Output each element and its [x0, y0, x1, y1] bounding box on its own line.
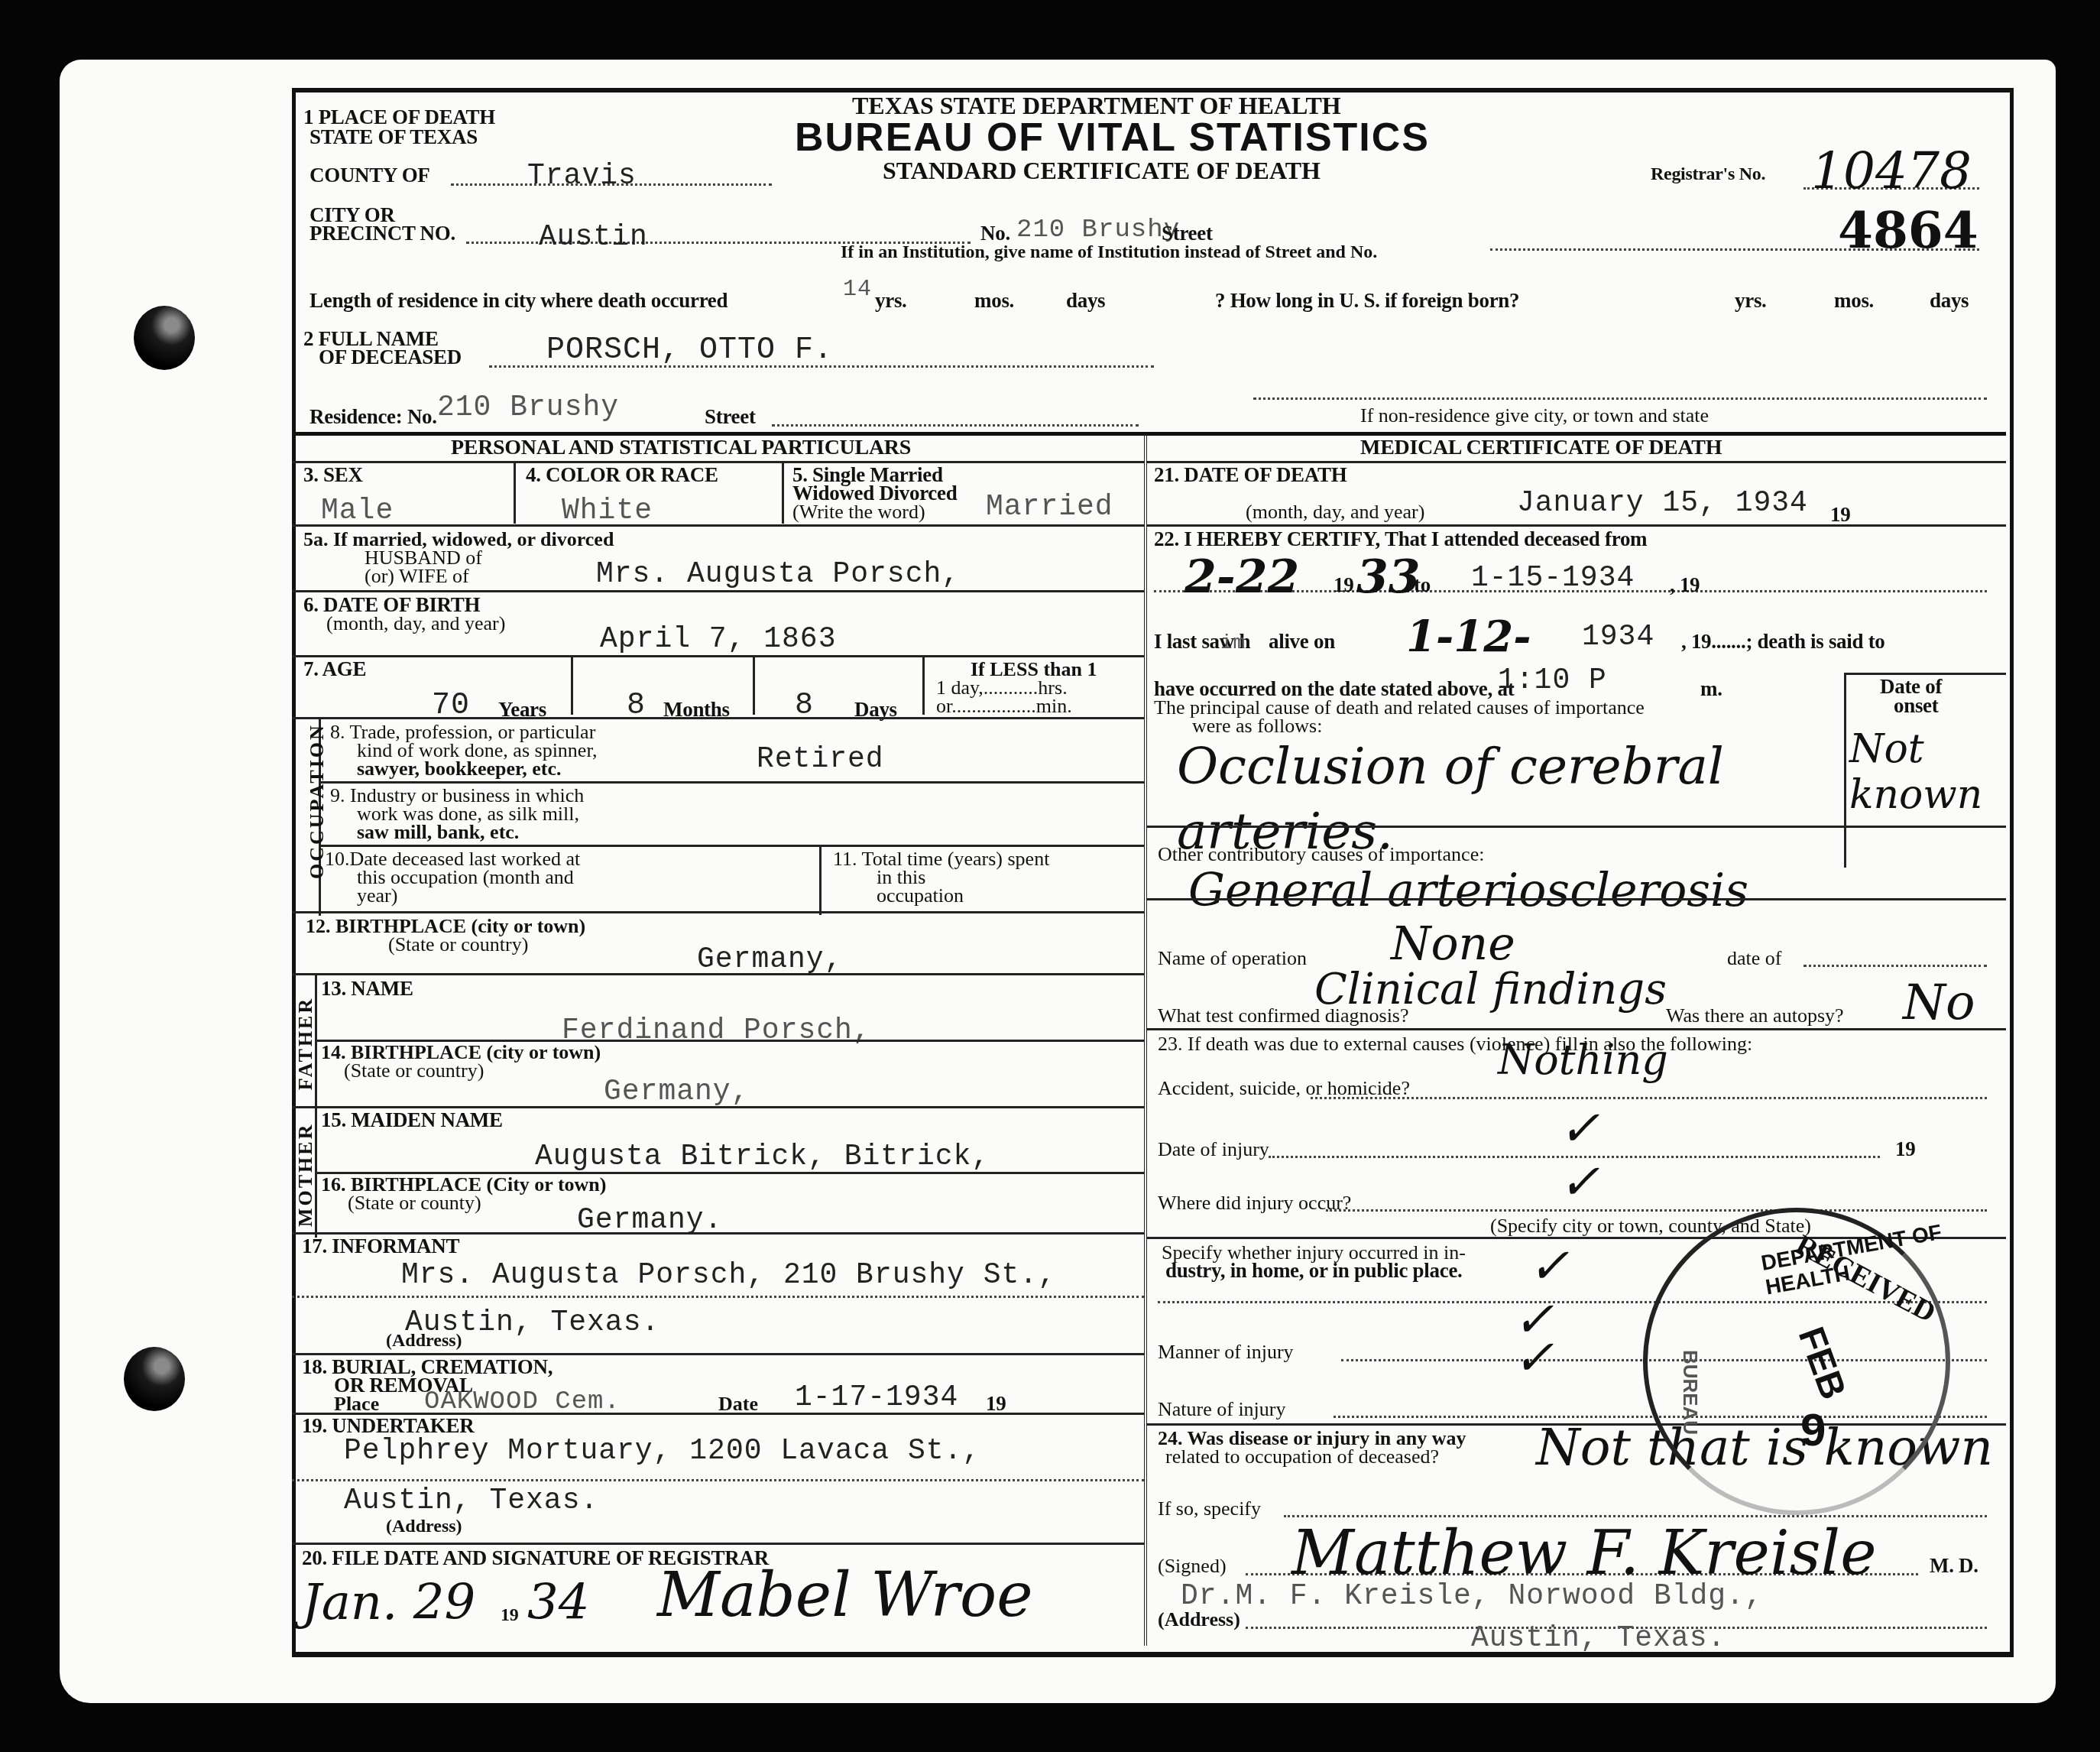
file-year-value: 34 — [527, 1575, 589, 1631]
stamp-side-text: BUREAU — [1678, 1350, 1702, 1435]
m-label: m. — [1700, 679, 1722, 699]
attended-to-value: 1-15-1934 — [1471, 564, 1635, 593]
physician-address-line1: Dr.M. F. Kreisle, Norwood Bldg., — [1181, 1582, 1763, 1611]
street-suffix-label: Street — [1162, 223, 1213, 244]
accident-label: Accident, suicide, or homicide? — [1158, 1078, 1410, 1098]
onset-divider — [1844, 673, 1846, 868]
accident-line — [1311, 1097, 1987, 1099]
from-year-prefix: 19 — [1334, 575, 1353, 595]
place-of-death-label: 1 PLACE OF DEATH — [303, 107, 495, 128]
father-birthplace-label-2: (State or country) — [344, 1060, 484, 1081]
autopsy-label: Was there an autopsy? — [1666, 1005, 1844, 1026]
city-label-2: PRECINCT NO. — [309, 223, 455, 244]
divider — [782, 462, 784, 524]
registrar-no-label: Registrar's No. — [1651, 164, 1765, 185]
nature-label: Nature of injury — [1158, 1399, 1286, 1419]
undertaker-line1: Pelphrey Mortuary, 1200 Lavaca St., — [344, 1437, 980, 1466]
divider — [292, 590, 1144, 592]
dob-sublabel: (month, day, and year) — [326, 613, 505, 634]
maiden-name-label: 15. MAIDEN NAME — [321, 1110, 503, 1131]
divider — [292, 655, 1144, 657]
cause-label-2: were as follows: — [1192, 715, 1322, 736]
marital-label-3: (Write the word) — [792, 501, 925, 522]
spouse-value: Mrs. Augusta Porsch, — [596, 560, 960, 589]
residence-line — [772, 424, 1139, 427]
onset-value: Not known — [1849, 726, 2002, 818]
physician-address-line2: Austin, Texas. — [1471, 1624, 1726, 1653]
mother-side-label: MOTHER — [294, 1127, 317, 1227]
mother-birthplace-value: Germany. — [577, 1206, 722, 1235]
county-value: Travis — [527, 162, 637, 191]
bureau-title: BUREAU OF VITAL STATISTICS — [795, 115, 1430, 161]
spouse-label-3: (or) WIFE of — [365, 566, 469, 586]
operation-date-label: date of — [1727, 948, 1781, 968]
undertaker-address-label: (Address) — [386, 1517, 462, 1536]
sex-value: Male — [321, 497, 394, 526]
days-label: days — [1066, 290, 1105, 311]
registrar-no-value: 10478 — [1811, 141, 1972, 200]
date-of-death-value: January 15, 1934 — [1517, 489, 1808, 518]
undertaker-line2: Austin, Texas. — [344, 1487, 598, 1516]
yrs-label: yrs. — [875, 290, 907, 311]
onset-label-2: onset — [1894, 696, 1939, 716]
county-label: COUNTY OF — [309, 165, 430, 186]
total-time-label-1: 11. Total time (years) spent — [833, 848, 1049, 869]
registrar-signature: Mabel Wroe — [657, 1559, 1033, 1630]
stamp-month: FEB — [1790, 1322, 1855, 1405]
trade-label-3: sawyer, bookkeeper, etc. — [357, 758, 561, 779]
maiden-name-value: Augusta Bitrick, Bitrick, — [535, 1143, 990, 1172]
injury-place-label-2: dustry, in home, or in public place. — [1165, 1260, 1463, 1281]
test-value: Clinical findings — [1314, 965, 1667, 1014]
less-label-3: or.................min. — [936, 696, 1072, 716]
father-side-label: FATHER — [294, 994, 317, 1093]
operation-label: Name of operation — [1158, 948, 1307, 968]
divider — [1146, 826, 2006, 828]
divider — [571, 657, 573, 715]
foreign-yrs-label: yrs. — [1735, 290, 1767, 311]
time-of-death-value: 1:10 P — [1498, 667, 1607, 696]
undertaker-label: 19. UNDERTAKER — [302, 1416, 474, 1436]
autopsy-value: No — [1903, 975, 1975, 1031]
race-value: White — [562, 497, 653, 526]
physician-signature: Matthew F. Kreisle — [1291, 1517, 1877, 1588]
residence-length-label: Length of residence in city where death … — [309, 290, 728, 311]
industry-label-3: saw mill, bank, etc. — [357, 822, 519, 842]
trade-value: Retired — [757, 745, 884, 774]
street-no-label: No. — [980, 223, 1010, 244]
divider — [319, 781, 1144, 784]
signed-label: (Signed) — [1158, 1556, 1227, 1576]
last-saw-year: 1934 — [1582, 623, 1654, 652]
non-residence-note: If non-residence give city, or town and … — [1360, 405, 1709, 426]
injury-date-label: Date of injury — [1158, 1139, 1269, 1160]
burial-date-suffix: 19 — [986, 1393, 1006, 1414]
residence-street-label: Street — [705, 407, 756, 427]
divider — [819, 846, 822, 915]
from-year-value: 33 — [1356, 550, 1421, 604]
operation-value: None — [1391, 917, 1515, 971]
residence-label: Residence: No. — [309, 407, 437, 427]
contributory-value: General arteriosclerosis — [1188, 864, 1748, 917]
divider — [922, 657, 925, 715]
divider — [292, 717, 1144, 719]
burial-date-label: Date — [718, 1393, 758, 1414]
divider — [292, 973, 1144, 975]
dob-value: April 7, 1863 — [600, 625, 836, 654]
last-saw-date: 1-12- — [1406, 612, 1531, 662]
physician-address-label: (Address) — [1158, 1609, 1240, 1630]
burial-date-value: 1-17-1934 — [795, 1384, 958, 1413]
to-label: to — [1414, 575, 1431, 595]
street-value: 210 Brushy — [1016, 216, 1180, 245]
received-stamp: DEPARTMENT OF HEALTH RECEIVED FEB 9 BURE… — [1643, 1208, 1950, 1515]
city-value: Austin — [539, 223, 648, 252]
divider — [753, 657, 755, 715]
residence-value: 210 Brushy — [437, 394, 619, 423]
injury-date-suffix: 19 — [1895, 1139, 1915, 1160]
full-name-value: PORSCH, OTTO F. — [546, 336, 833, 365]
divider — [1146, 898, 2006, 900]
residence-years-value: 14 — [843, 275, 872, 304]
stamp-day: 9 — [1800, 1403, 1826, 1456]
contributory-label: Other contributory causes of importance: — [1158, 844, 1484, 865]
informant-address-label: (Address) — [386, 1332, 462, 1351]
foreign-mos-label: mos. — [1834, 290, 1874, 311]
total-time-label-3: occupation — [877, 885, 964, 906]
informant-line1: Mrs. Augusta Porsch, 210 Brushy St., — [401, 1261, 1056, 1290]
injury-where-label: Where did injury occur? — [1158, 1192, 1351, 1213]
race-label: 4. COLOR OR RACE — [526, 465, 718, 485]
divider — [1146, 524, 2006, 527]
informant-line — [292, 1296, 1144, 1298]
dod-sublabel: (month, day, and year) — [1246, 501, 1424, 522]
non-residence-line — [1253, 397, 1987, 400]
external-note: Nothing — [1498, 1036, 1668, 1084]
to-suffix: , 19 — [1670, 575, 1700, 595]
punch-hole-top — [134, 306, 195, 370]
foreign-days-label: days — [1930, 290, 1969, 311]
md-label: M. D. — [1930, 1556, 1978, 1576]
divider — [514, 462, 516, 524]
last-worked-label-3: year) — [357, 885, 397, 906]
state-of-texas-label: STATE OF TEXAS — [309, 127, 478, 148]
file-year-prefix: 19 — [501, 1605, 518, 1626]
nature-check: ✓ — [1513, 1330, 1554, 1387]
mos-label: mos. — [974, 290, 1014, 311]
medical-section-title: MEDICAL CERTIFICATE OF DEATH — [1360, 437, 1722, 458]
burial-place-label: Place — [334, 1393, 379, 1414]
divider — [292, 911, 1144, 913]
informant-label: 17. INFORMANT — [302, 1236, 459, 1257]
dod-label: 21. DATE OF DEATH — [1154, 465, 1347, 485]
file-no-value: 4864 — [1838, 200, 1978, 260]
personal-section-title: PERSONAL AND STATISTICAL PARTICULARS — [451, 437, 911, 458]
occupation-related-label-2: related to occupation of deceased? — [1165, 1446, 1439, 1467]
alive-on-label: alive on — [1269, 631, 1335, 652]
column-divider — [1144, 434, 1147, 1646]
undertaker-line — [292, 1479, 1144, 1481]
divider — [292, 1543, 1144, 1545]
last-saw-pronoun: im — [1220, 628, 1246, 657]
operation-date-line — [1803, 965, 1987, 967]
punch-hole-bottom — [124, 1347, 185, 1411]
full-name-label-2: OF DECEASED — [319, 347, 462, 368]
injury-date-check: ✓ — [1559, 1101, 1600, 1157]
institution-note: If in an Institution, give name of Insti… — [841, 243, 1377, 262]
attended-from-value: 2-22 — [1184, 550, 1299, 604]
certificate-title: STANDARD CERTIFICATE OF DEATH — [883, 157, 1321, 185]
if-so-label: If so, specify — [1158, 1498, 1261, 1519]
age-label: 7. AGE — [303, 659, 366, 680]
manner-label: Manner of injury — [1158, 1342, 1294, 1362]
divider — [292, 524, 1144, 527]
birthplace-label-2: (State or country) — [388, 934, 528, 955]
injury-place-check: ✓ — [1528, 1238, 1570, 1295]
death-said-label: , 19.......; death is said to — [1681, 631, 1885, 652]
file-date-value: Jan. 29 — [302, 1575, 475, 1631]
divider — [1146, 1028, 2006, 1030]
marital-value: Married — [986, 493, 1113, 522]
birthplace-value: Germany, — [697, 946, 842, 975]
sex-label: 3. SEX — [303, 465, 363, 485]
injury-where-line — [1326, 1209, 1987, 1212]
dod-suffix: 19 — [1830, 505, 1850, 525]
divider — [319, 845, 1144, 847]
certify-label: 22. I HEREBY CERTIFY, That I attended de… — [1154, 529, 1647, 550]
injury-where-check: ✓ — [1559, 1154, 1600, 1211]
foreign-born-label: ? How long in U. S. if foreign born? — [1215, 290, 1519, 311]
father-birthplace-value: Germany, — [604, 1078, 749, 1107]
father-name-label: 13. NAME — [321, 978, 413, 999]
mother-birthplace-label-2: (State or county) — [348, 1192, 481, 1213]
